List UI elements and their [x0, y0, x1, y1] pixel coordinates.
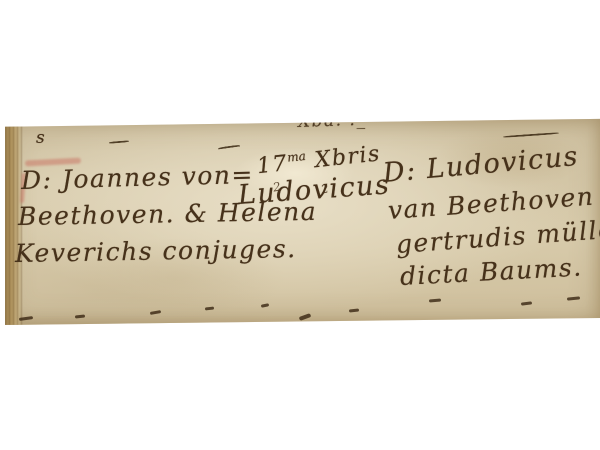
previous-entry-dash [503, 132, 559, 138]
godparents-line-4: dicta Baums. [399, 254, 583, 289]
marginal-squiggle-mark: s [36, 130, 46, 147]
ink-speck [19, 316, 33, 321]
ink-speck [261, 303, 269, 308]
baptism-month: Xbris [305, 141, 382, 174]
ink-speck [205, 307, 214, 311]
manuscript-scan: Xba. ._ s D: Joannes von= Beethoven. & H… [5, 118, 600, 325]
baptism-day: 17 [256, 151, 289, 179]
godparents-line-2: van Beethoven & [387, 181, 600, 223]
godparents-line-1: D: Ludovicus [382, 143, 580, 187]
ink-speck [150, 310, 161, 315]
ink-speck [521, 301, 532, 305]
scanned-page: { "page": { "description": "Scanned manu… [0, 0, 600, 450]
marginal-tilde-mark [218, 144, 240, 149]
baptism-day-suffix: ma [287, 149, 307, 165]
ink-speck [75, 314, 85, 318]
parents-line-3: Keverichs conjuges. [15, 236, 297, 266]
ink-speck [299, 313, 312, 321]
previous-entry-fragment: Xba. ._ [298, 118, 367, 131]
ink-speck [567, 296, 580, 300]
parents-line-1: D: Joannes von= [21, 162, 254, 193]
ink-speck [349, 308, 359, 312]
ink-speck [429, 298, 441, 302]
marginal-dash-mark [109, 140, 129, 144]
